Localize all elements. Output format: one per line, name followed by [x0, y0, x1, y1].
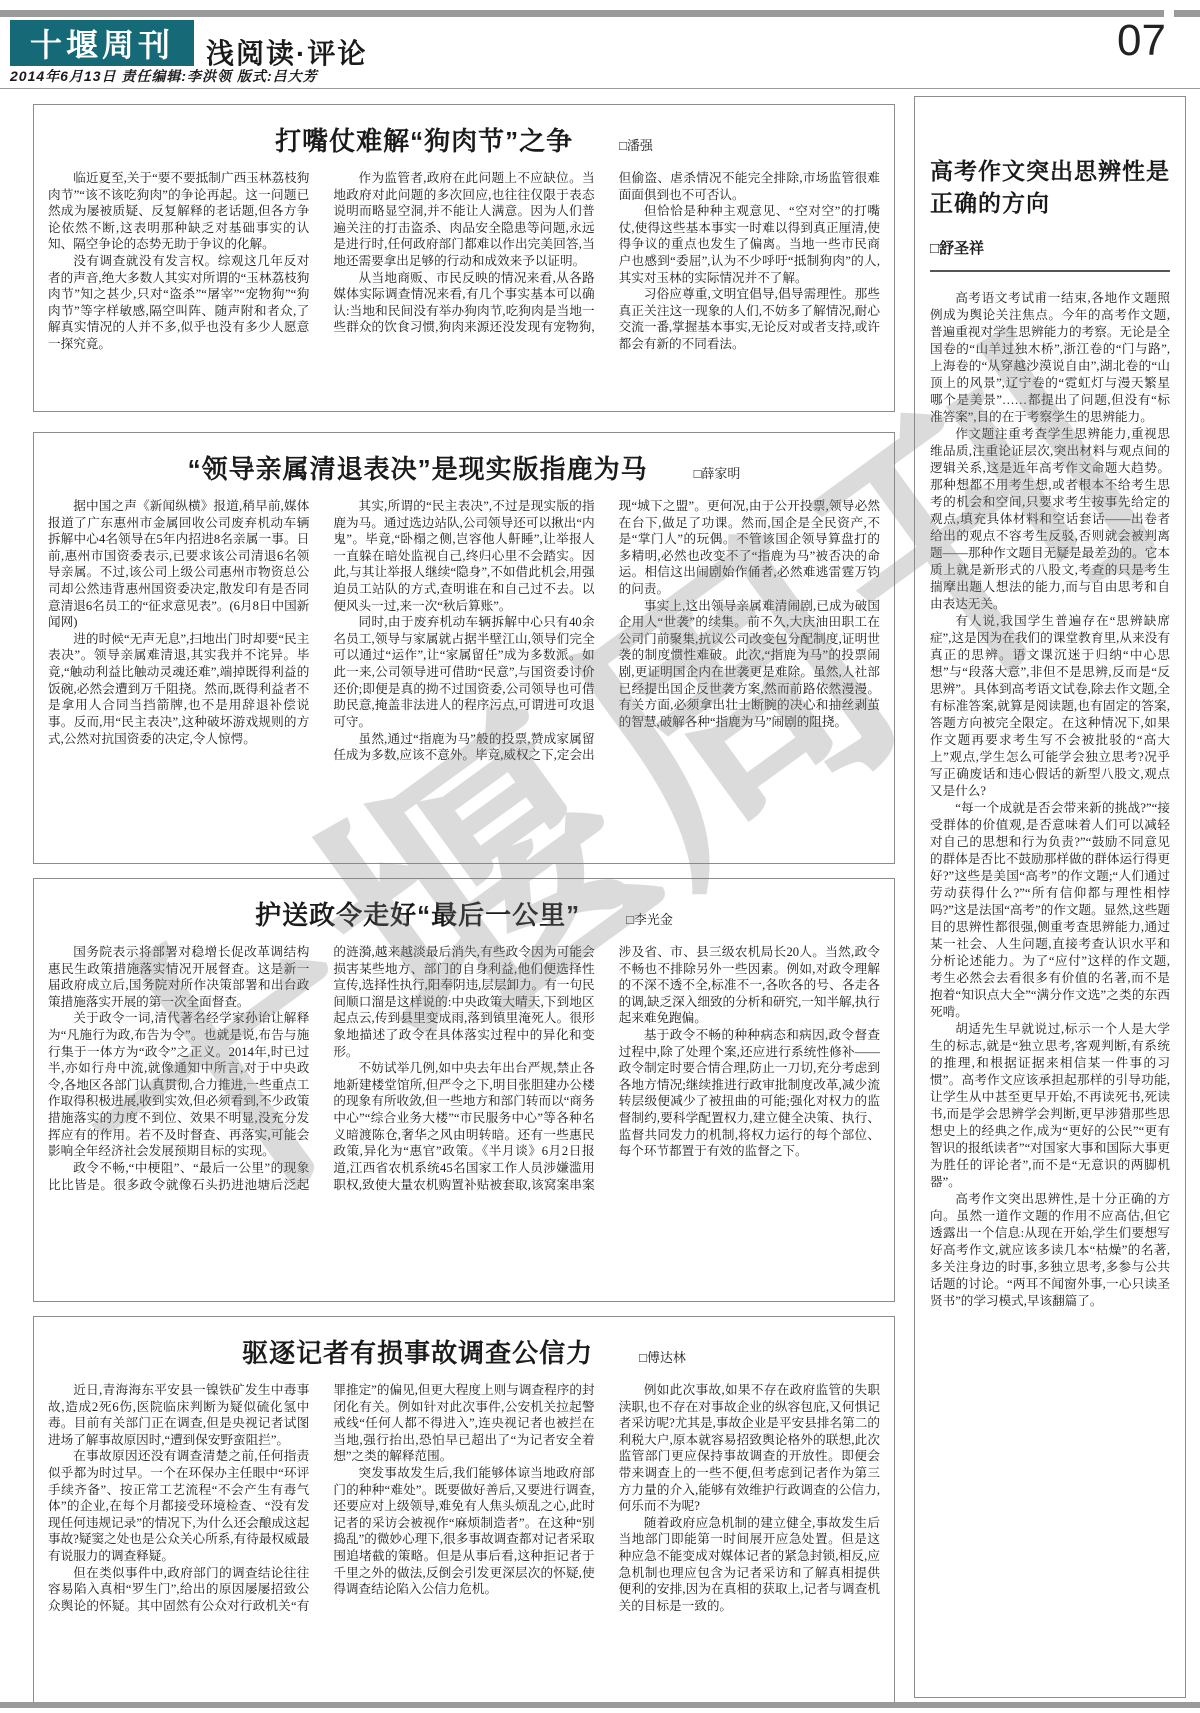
paragraph: 基于政令不畅的种种病态和病因,政令督查过程中,除了处理个案,还应进行系统性修补—…	[619, 1027, 880, 1160]
sidebar-article-author: □舒圣祥	[930, 237, 1170, 272]
top-rule	[0, 10, 1164, 17]
paragraph: 近日,青海海东平安县一镍铁矿发生中毒事故,造成2死6伤,医院临床判断为疑似硫化氢…	[48, 1382, 309, 1448]
article-dog-meat-festival: 打嘴仗难解“狗肉节”之争 □潘强 临近夏至,关于“要不要抵制广西玉林荔枝狗肉节”…	[33, 104, 895, 412]
article-title: 护送政令走好“最后一公里”	[255, 900, 580, 930]
dateline: 2014年6月13日 责任编辑:李洪领 版式:吕大芳	[10, 66, 318, 86]
article-head: 护送政令走好“最后一公里” □李光金	[34, 879, 894, 932]
paragraph: 进的时候“无声无息”,扫地出门时却要“民主表决”。领导亲属难清退,其实我并不诧异…	[48, 631, 309, 747]
page-number: 07	[1117, 16, 1166, 66]
paragraph: 关于政令一词,清代著名经学家孙诒让解释为“凡施行为政,布告为令”。也就是说,布告…	[48, 1010, 309, 1159]
article-author: □李光金	[626, 912, 673, 927]
paragraph: 作为监管者,政府在此问题上不应缺位。当地政府对此问题的多次回应,也往往仅限于表态…	[333, 170, 594, 270]
paragraph: 突发事故发生后,我们能够体谅当地政府部门的种种“难处”。既要做好善后,又要进行调…	[333, 1465, 594, 1598]
paragraph: 据中国之声《新闻纵横》报道,稍早前,媒体报道了广东惠州市金属回收公司废弃机动车辆…	[48, 498, 309, 631]
paragraph: 胡适先生早就说过,标示一个人是大学生的标志,就是“独立思考,客观判断,有系统的推…	[930, 1021, 1170, 1191]
sidebar-article-body: 高考语文考试甫一结束,各地作文题照例成为舆论关注焦点。今年的高考作文题,普遍重视…	[930, 290, 1170, 1650]
article-head: “领导亲属清退表决”是现实版指鹿为马 □薛家明	[34, 433, 894, 486]
article-title: 驱逐记者有损事故调查公信力	[242, 1338, 593, 1368]
paragraph: “每一个成就是否会带来新的挑战?”“接受群体的价值观,是否意味着人们可以减轻对自…	[930, 800, 1170, 1021]
sidebar-article-title: 高考作文突出思辨性是正确的方向	[930, 155, 1170, 219]
header-rule	[0, 88, 1200, 89]
paragraph: 随着政府应急机制的建立健全,事故发生后当地部门即能第一时间展开应急处置。但是这种…	[619, 1515, 880, 1615]
masthead-logo: 十堰周刊	[10, 20, 194, 66]
paragraph: 国务院表示将部署对稳增长促改革调结构惠民生政策措施落实情况开展督查。这是新一届政…	[48, 944, 309, 1010]
article-author: □潘强	[619, 138, 653, 153]
article-body: 临近夏至,关于“要不要抵制广西玉林荔枝狗肉节”“该不该吃狗肉”的争论再起。这一问…	[48, 170, 880, 400]
paragraph: 习俗应尊重,文明宜倡导,倡导需理性。那些真正关注这一现象的人们,不妨多了解情况,…	[619, 286, 880, 352]
paragraph: 例如此次事故,如果不存在政府监管的失职渎职,也不存在对事故企业的纵容包庇,又何惧…	[619, 1382, 880, 1515]
paragraph: 没有调查就没有发言权。综观这几年反对者的声音,绝大多数人其实对所谓的“玉林荔枝狗…	[48, 253, 309, 353]
article-body: 据中国之声《新闻纵横》报道,稍早前,媒体报道了广东惠州市金属回收公司废弃机动车辆…	[48, 498, 880, 852]
bottom-rule	[0, 1702, 1200, 1708]
article-body: 国务院表示将部署对稳增长促改革调结构惠民生政策措施落实情况开展督查。这是新一届政…	[48, 944, 880, 1290]
paragraph: 同时,由于废弃机动车辆拆解中心只有40余名员工,领导与家属就占据半壁江山,领导们…	[333, 614, 594, 730]
article-head: 驱逐记者有损事故调查公信力 □傅达林	[34, 1317, 894, 1370]
paragraph: 临近夏至,关于“要不要抵制广西玉林荔枝狗肉节”“该不该吃狗肉”的争论再起。这一问…	[48, 170, 309, 253]
article-expelling-reporters: 驱逐记者有损事故调查公信力 □傅达林 近日,青海海东平安县一镍铁矿发生中毒事故,…	[33, 1316, 895, 1704]
article-title: “领导亲属清退表决”是现实版指鹿为马	[188, 454, 648, 484]
article-body: 近日,青海海东平安县一镍铁矿发生中毒事故,造成2死6伤,医院临床判断为疑似硫化氢…	[48, 1382, 880, 1692]
top-rule-end	[1174, 10, 1200, 17]
paragraph: 事实上,这出领导亲属难清闹剧,已成为破国企用人“世袭”的续集。前不久,大庆油田职…	[619, 598, 880, 731]
article-head: 打嘴仗难解“狗肉节”之争 □潘强	[34, 105, 894, 158]
newspaper-page: 十堰周刊 浅阅读·评论 07 2014年6月13日 责任编辑:李洪领 版式:吕大…	[0, 0, 1200, 1713]
paragraph: 但恰恰是种种主观意见、“空对空”的打嘴仗,使得这些基本事实一时难以得到真正厘清,…	[619, 203, 880, 286]
paragraph: 作文题注重考查学生思辨能力,重视思维品质,注重论证层次,突出材料与观点间的逻辑关…	[930, 426, 1170, 613]
article-author: □傅达林	[639, 1350, 686, 1365]
paragraph: 高考语文考试甫一结束,各地作文题照例成为舆论关注焦点。今年的高考作文题,普遍重视…	[930, 290, 1170, 426]
article-author: □薛家明	[694, 466, 741, 481]
paragraph: 有人说,我国学生普遍存在“思辨缺席症”,这是因为在我们的课堂教育里,从来没有真正…	[930, 613, 1170, 800]
article-leader-relatives-vote: “领导亲属清退表决”是现实版指鹿为马 □薛家明 据中国之声《新闻纵横》报道,稍早…	[33, 432, 895, 864]
paragraph: 其实,所谓的“民主表决”,不过是现实版的指鹿为马。通过选边站队,公司领导还可以揪…	[333, 498, 594, 614]
paragraph: 高考作文突出思辨性,是十分正确的方向。虽然一道作文题的作用不应高估,但它透露出一…	[930, 1191, 1170, 1310]
article-title: 打嘴仗难解“狗肉节”之争	[275, 126, 573, 156]
paragraph: 在事故原因还没有调查清楚之前,任何指责似乎都为时过早。一个在环保办主任眼中“环评…	[48, 1448, 309, 1564]
article-gaokao-essay-sidebar: 高考作文突出思辨性是正确的方向 □舒圣祥 高考语文考试甫一结束,各地作文题照例成…	[914, 96, 1186, 1698]
article-last-mile-policy: 护送政令走好“最后一公里” □李光金 国务院表示将部署对稳增长促改革调结构惠民生…	[33, 878, 895, 1302]
